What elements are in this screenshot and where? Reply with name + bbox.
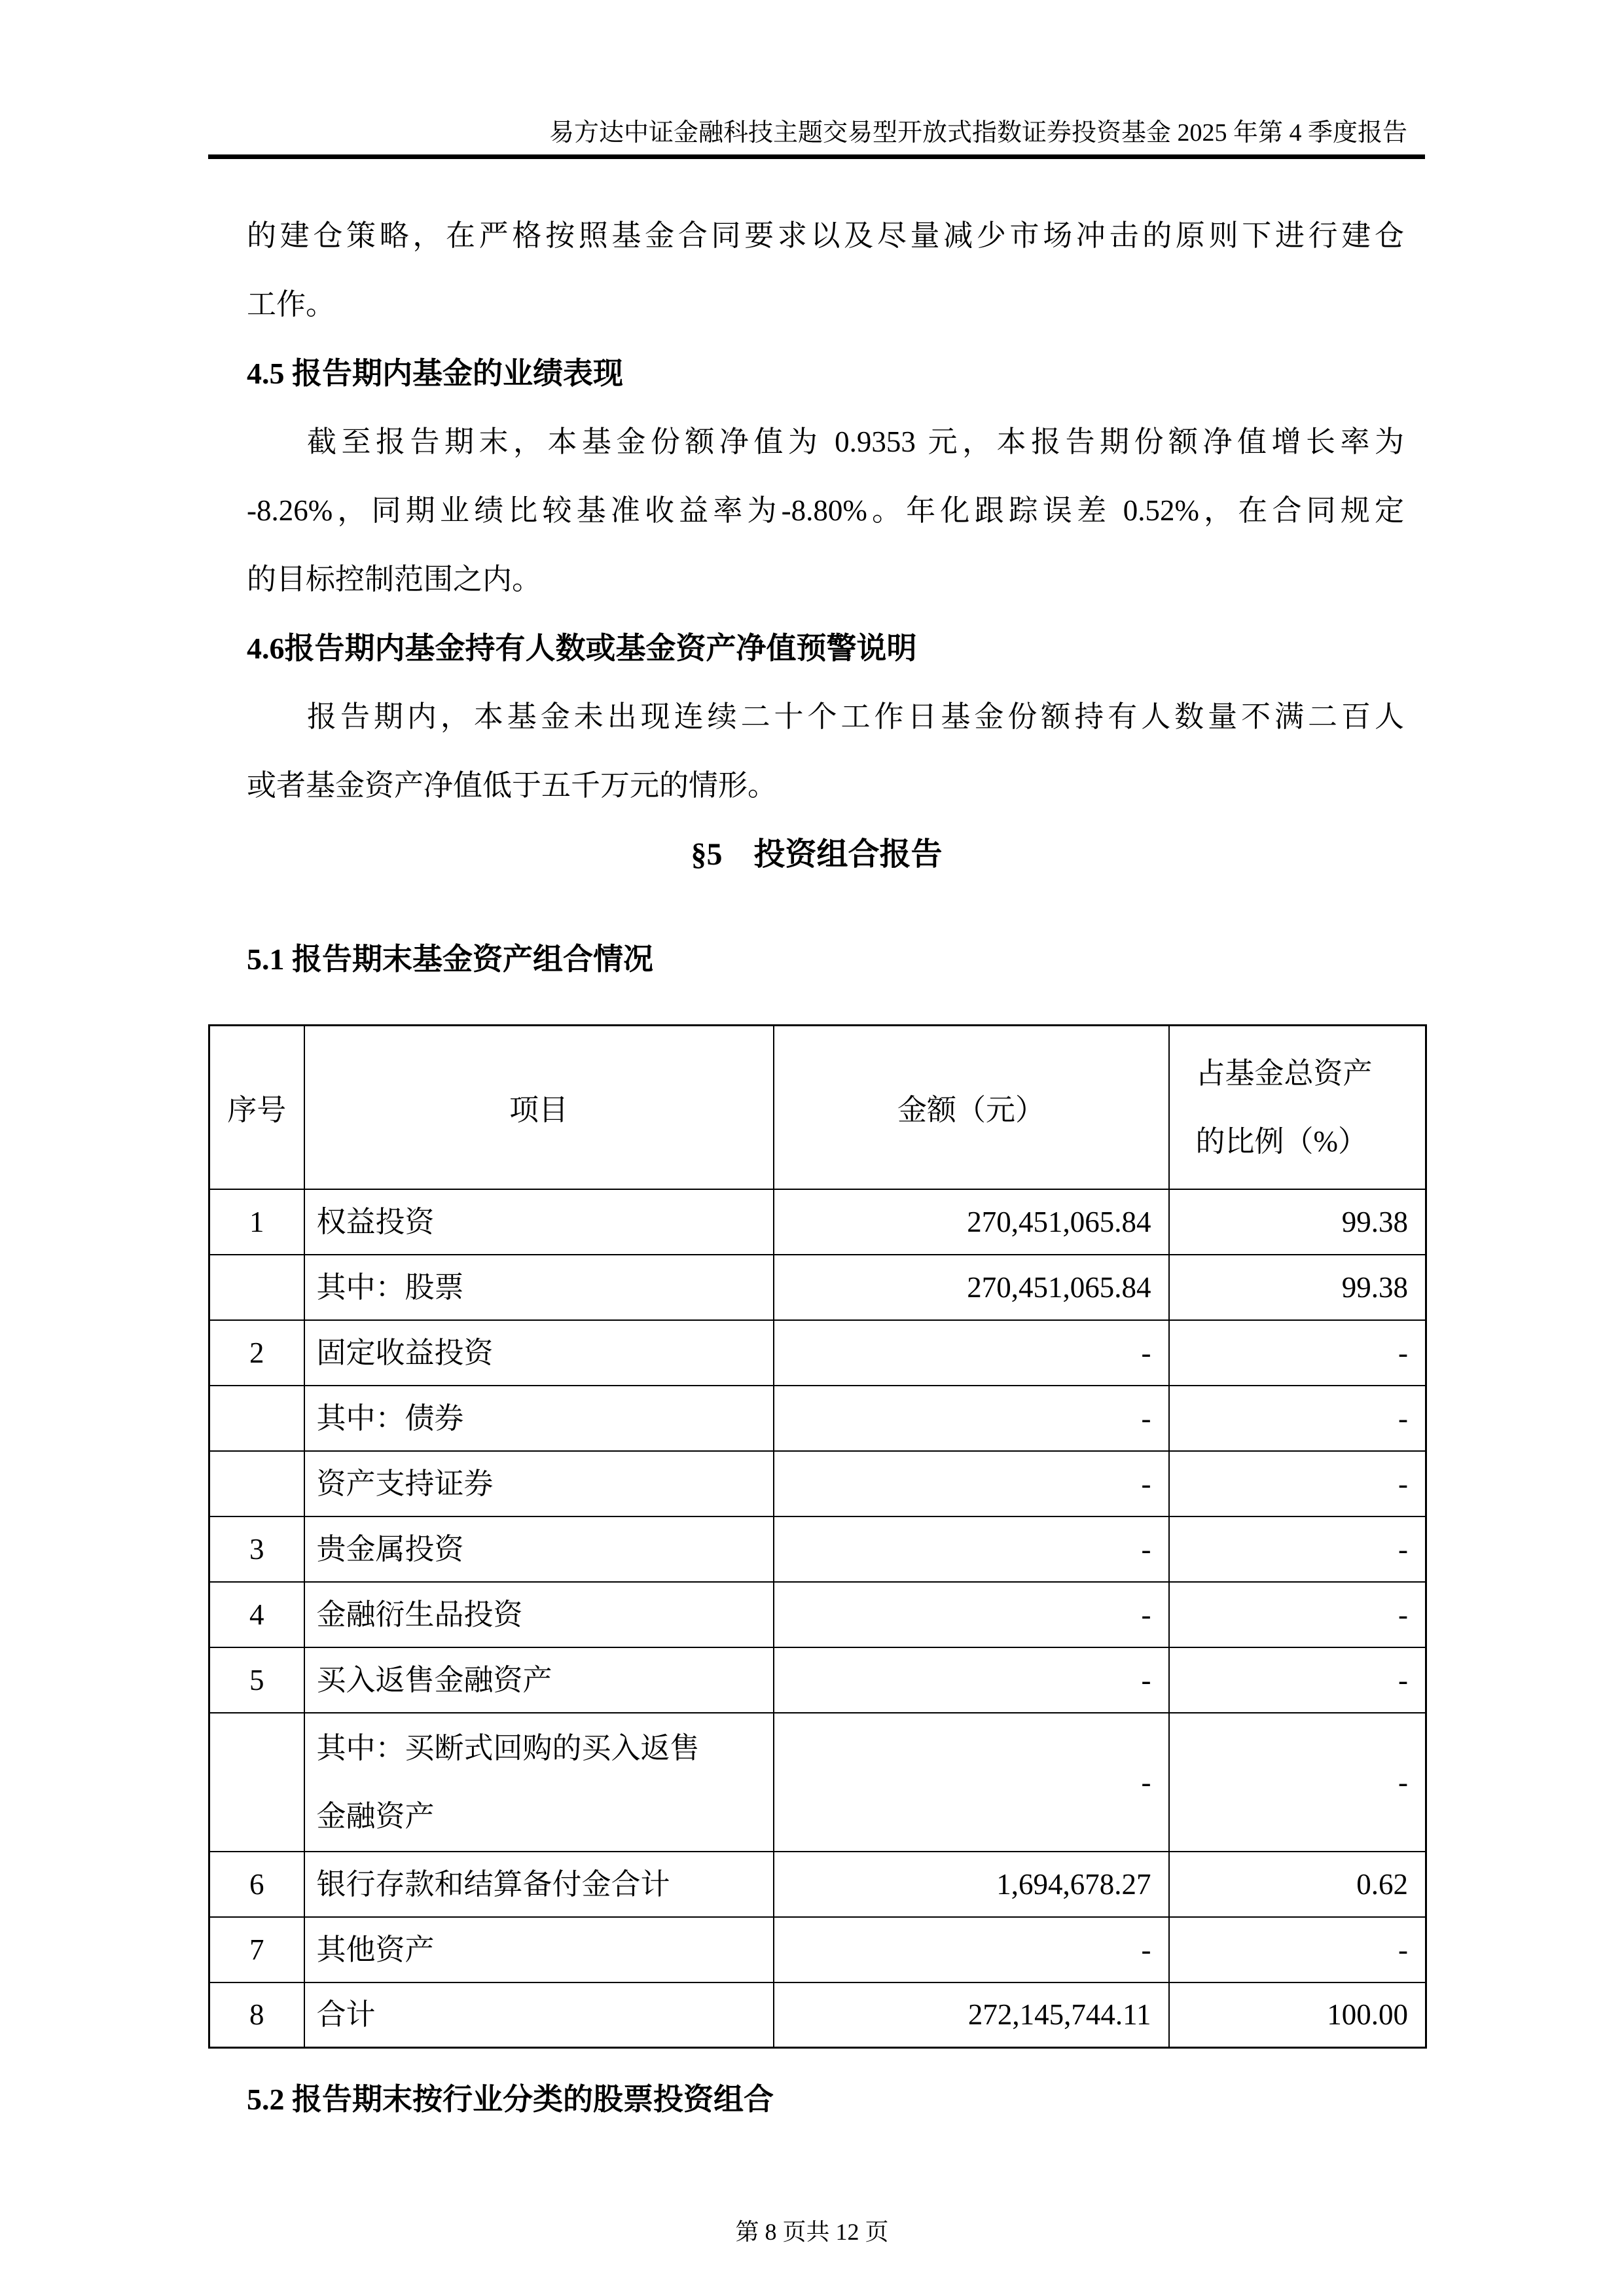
- table-row: 1 权益投资 270,451,065.84 99.38: [209, 1189, 1426, 1255]
- cell-row-number: [209, 1451, 304, 1516]
- cell-percentage: -: [1169, 1320, 1426, 1386]
- cell-item-name: 其他资产: [304, 1917, 774, 1982]
- cell-percentage: -: [1169, 1451, 1426, 1516]
- cell-item-name: 固定收益投资: [304, 1320, 774, 1386]
- cell-item-name: 买入返售金融资产: [304, 1647, 774, 1713]
- cell-percentage: -: [1169, 1582, 1426, 1647]
- cell-row-number: [209, 1713, 304, 1852]
- cell-percentage: 100.00: [1169, 1982, 1426, 2048]
- cell-percentage: 99.38: [1169, 1255, 1426, 1320]
- cell-row-number: 8: [209, 1982, 304, 2048]
- cell-row-number: [209, 1255, 304, 1320]
- paragraph-line: 的目标控制范围之内。: [247, 545, 1404, 614]
- cell-amount: -: [774, 1451, 1169, 1516]
- heading-5-1: 5.1 报告期末基金资产组合情况: [247, 925, 1425, 994]
- cell-row-number: 5: [209, 1647, 304, 1713]
- paragraph-line: 的建仓策略，在严格按照基金合同要求以及尽量减少市场冲击的原则下进行建仓: [247, 202, 1404, 270]
- table-row: 2 固定收益投资 - -: [209, 1320, 1426, 1386]
- cell-amount: -: [774, 1647, 1169, 1713]
- header-pct-line1: 占基金总资产: [1196, 1039, 1425, 1107]
- cell-percentage: -: [1169, 1386, 1426, 1451]
- cell-row-number: [209, 1386, 304, 1451]
- asset-table-body: 序号 项目 金额（元） 占基金总资产 的比例（%） 1 权益投资 270,451…: [209, 1026, 1426, 2048]
- cell-item-name: 金融衍生品投资: [304, 1582, 774, 1647]
- cell-amount: -: [774, 1713, 1169, 1852]
- cell-item-name: 其中：股票: [304, 1255, 774, 1320]
- paragraph-line: 报告期内，本基金未出现连续二十个工作日基金份额持有人数量不满二百人: [247, 683, 1404, 751]
- cell-percentage: 0.62: [1169, 1852, 1426, 1917]
- header-cell-pct: 占基金总资产 的比例（%）: [1169, 1026, 1426, 1189]
- section-5-title: §5 投资组合报告: [208, 820, 1425, 889]
- cell-amount: -: [774, 1320, 1169, 1386]
- heading-4-5: 4.5 报告期内基金的业绩表现: [247, 339, 1425, 408]
- header-cell-amount: 金额（元）: [774, 1026, 1169, 1189]
- cell-item-name: 其中：买断式回购的买入返售金融资产: [304, 1713, 774, 1852]
- table-row: 其中：买断式回购的买入返售金融资产 - -: [209, 1713, 1426, 1852]
- paragraph-line: -8.26%，同期业绩比较基准收益率为-8.80%。年化跟踪误差 0.52%，在…: [247, 476, 1404, 545]
- cell-item-name: 资产支持证券: [304, 1451, 774, 1516]
- cell-row-number: 3: [209, 1516, 304, 1582]
- table-row: 其中：股票 270,451,065.84 99.38: [209, 1255, 1426, 1320]
- page-footer: 第 8 页共 12 页: [0, 2212, 1624, 2251]
- asset-composition-table: 序号 项目 金额（元） 占基金总资产 的比例（%） 1 权益投资 270,451…: [208, 1024, 1427, 2049]
- cell-amount: 270,451,065.84: [774, 1189, 1169, 1255]
- cell-item-name: 权益投资: [304, 1189, 774, 1255]
- header-cell-no: 序号: [209, 1026, 304, 1189]
- cell-item-name: 贵金属投资: [304, 1516, 774, 1582]
- header-cell-item: 项目: [304, 1026, 774, 1189]
- table-row: 其中：债券 - -: [209, 1386, 1426, 1451]
- section-intro-paragraph: 的建仓策略，在严格按照基金合同要求以及尽量减少市场冲击的原则下进行建仓 工作。: [247, 202, 1404, 339]
- cell-amount: -: [774, 1917, 1169, 1982]
- cell-amount: -: [774, 1386, 1169, 1451]
- cell-amount: 272,145,744.11: [774, 1982, 1169, 2048]
- table-row: 3 贵金属投资 - -: [209, 1516, 1426, 1582]
- cell-percentage: -: [1169, 1647, 1426, 1713]
- table-row: 6 银行存款和结算备付金合计 1,694,678.27 0.62: [209, 1852, 1426, 1917]
- section-4-6-paragraph: 报告期内，本基金未出现连续二十个工作日基金份额持有人数量不满二百人 或者基金资产…: [247, 683, 1404, 820]
- header-rule: [208, 154, 1425, 159]
- cell-percentage: -: [1169, 1917, 1426, 1982]
- cell-item-name: 合计: [304, 1982, 774, 2048]
- cell-row-number: 6: [209, 1852, 304, 1917]
- heading-4-6: 4.6报告期内基金持有人数或基金资产净值预警说明: [247, 614, 1425, 683]
- table-row: 5 买入返售金融资产 - -: [209, 1647, 1426, 1713]
- report-page: 易方达中证金融科技主题交易型开放式指数证券投资基金 2025 年第 4 季度报告…: [0, 0, 1624, 2296]
- cell-row-number: 1: [209, 1189, 304, 1255]
- table-row: 7 其他资产 - -: [209, 1917, 1426, 1982]
- table-row: 资产支持证券 - -: [209, 1451, 1426, 1516]
- cell-amount: -: [774, 1582, 1169, 1647]
- page-content: 易方达中证金融科技主题交易型开放式指数证券投资基金 2025 年第 4 季度报告…: [0, 117, 1624, 2134]
- paragraph-line: 截至报告期末，本基金份额净值为 0.9353 元，本报告期份额净值增长率为: [247, 408, 1404, 476]
- table-row: 8 合计 272,145,744.11 100.00: [209, 1982, 1426, 2048]
- paragraph-line: 或者基金资产净值低于五千万元的情形。: [247, 751, 1404, 820]
- cell-percentage: -: [1169, 1713, 1426, 1852]
- cell-percentage: -: [1169, 1516, 1426, 1582]
- heading-5-2: 5.2 报告期末按行业分类的股票投资组合: [247, 2065, 1425, 2134]
- running-header-title: 易方达中证金融科技主题交易型开放式指数证券投资基金 2025 年第 4 季度报告: [208, 117, 1425, 149]
- header-pct-line2: 的比例（%）: [1196, 1107, 1425, 1175]
- cell-percentage: 99.38: [1169, 1189, 1426, 1255]
- cell-item-name: 银行存款和结算备付金合计: [304, 1852, 774, 1917]
- table-header-row: 序号 项目 金额（元） 占基金总资产 的比例（%）: [209, 1026, 1426, 1189]
- cell-item-name: 其中：债券: [304, 1386, 774, 1451]
- cell-amount: -: [774, 1516, 1169, 1582]
- cell-row-number: 4: [209, 1582, 304, 1647]
- cell-amount: 1,694,678.27: [774, 1852, 1169, 1917]
- table-row: 4 金融衍生品投资 - -: [209, 1582, 1426, 1647]
- cell-amount: 270,451,065.84: [774, 1255, 1169, 1320]
- cell-row-number: 7: [209, 1917, 304, 1982]
- section-4-5-paragraph: 截至报告期末，本基金份额净值为 0.9353 元，本报告期份额净值增长率为 -8…: [247, 408, 1404, 614]
- paragraph-line: 工作。: [247, 270, 1404, 339]
- cell-row-number: 2: [209, 1320, 304, 1386]
